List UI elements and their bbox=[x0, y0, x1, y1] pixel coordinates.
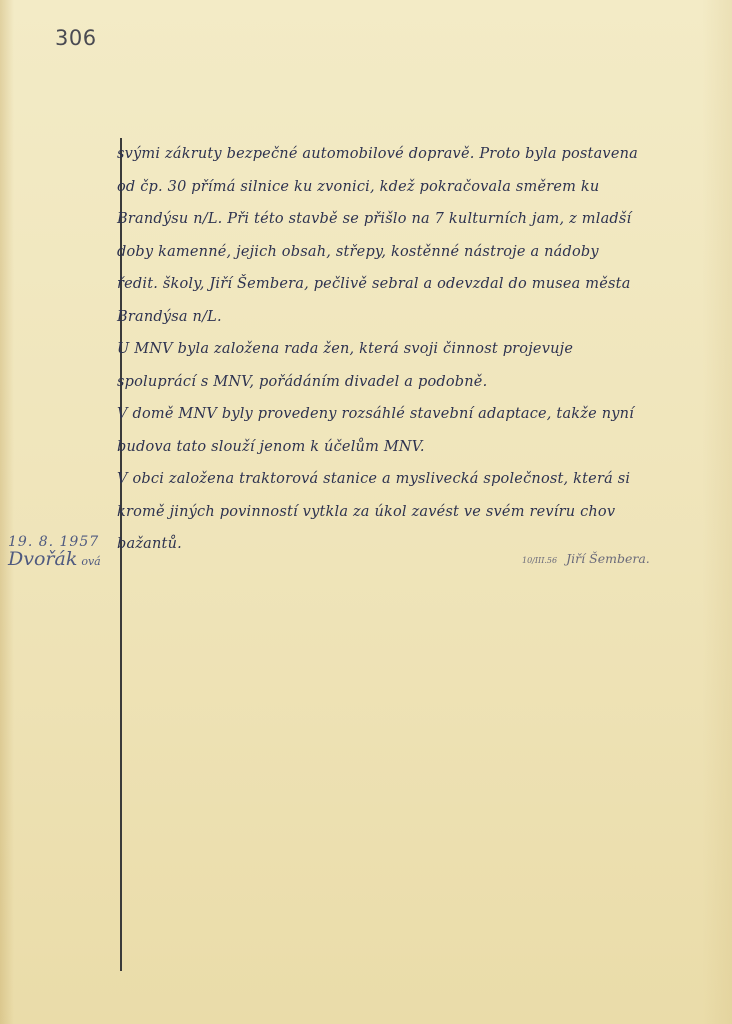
chronicle-page: 306 svými zákruty bezpečné automobilové … bbox=[0, 0, 732, 1024]
text-line: V domě MNV byly provedeny rozsáhlé stave… bbox=[114, 398, 714, 431]
text-line: budova tato slouží jenom k účelům MNV. bbox=[114, 431, 714, 464]
text-line: Brandýsa n/L. bbox=[114, 301, 714, 334]
text-line: kromě jiných povinností vytkla za úkol z… bbox=[114, 496, 714, 529]
page-number: 306 bbox=[55, 26, 97, 50]
text-line: Brandýsu n/L. Při této stavbě se přišlo … bbox=[114, 203, 714, 236]
text-line: od čp. 30 přímá silnice ku zvonici, kdež… bbox=[114, 171, 714, 204]
text-line: svými zákruty bezpečné automobilové dopr… bbox=[114, 138, 714, 171]
text-line: doby kamenné, jejich obsah, střepy, kost… bbox=[114, 236, 714, 269]
text-line: V obci založena traktorová stanice a mys… bbox=[114, 463, 714, 496]
text-line: spoluprácí s MNV, pořádáním divadel a po… bbox=[114, 366, 714, 399]
marginal-signature: Dvořák bbox=[8, 548, 77, 570]
text-line: ředit. školy, Jiří Šembera, pečlivě sebr… bbox=[114, 268, 714, 301]
marginal-approval-note: 19. 8. 1957 Dvořáková bbox=[8, 534, 101, 570]
entry-signature: 10/III.56 Jiří Šembera. bbox=[522, 548, 650, 567]
marginal-signature-suffix: ová bbox=[81, 555, 100, 568]
signature-date: 10/III.56 bbox=[522, 556, 557, 565]
signature-name: Jiří Šembera. bbox=[566, 551, 650, 566]
handwritten-body: svými zákruty bezpečné automobilové dopr… bbox=[114, 138, 714, 561]
text-line: U MNV byla založena rada žen, která svoj… bbox=[114, 333, 714, 366]
